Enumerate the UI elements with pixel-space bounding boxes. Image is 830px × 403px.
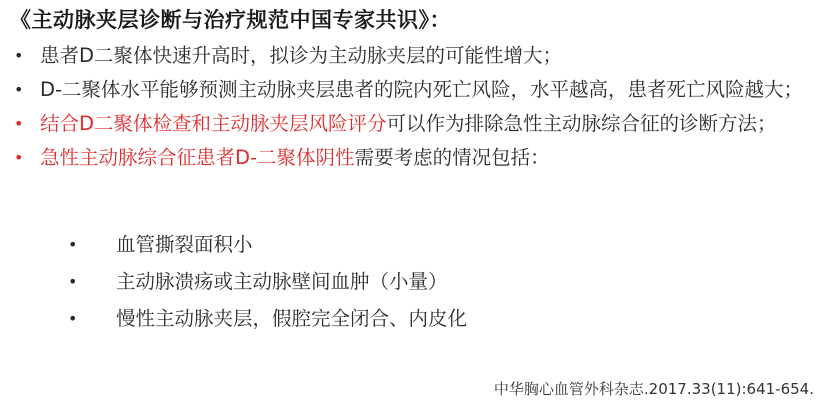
bullet-list: • 患者D二聚体快速升高时，拟诊为主动脉夹层的可能性增大； • D-二聚体水平能… [14, 40, 824, 176]
bullet-dot-icon: • [14, 40, 40, 72]
normal-text: 需要考虑的情况包括： [355, 146, 550, 169]
sub-bullet-list: • 血管撕裂面积小 • 主动脉溃疡或主动脉壁间血肿（小量） • 慢性主动脉夹层，… [68, 229, 467, 340]
bullet-text: 急性主动脉综合征患者D-二聚体阴性需要考虑的情况包括： [40, 142, 824, 174]
highlight-text: 急性主动脉综合征患者D-二聚体阴性 [40, 146, 355, 169]
bullet-dot-icon: • [14, 142, 40, 174]
bullet-item: • 患者D二聚体快速升高时，拟诊为主动脉夹层的可能性增大； [14, 40, 824, 72]
bullet-dot-icon: • [14, 74, 40, 106]
sub-bullet-item: • 血管撕裂面积小 [68, 229, 467, 261]
highlight-text: 结合D二聚体检查和主动脉夹层风险评分 [40, 112, 387, 135]
bullet-dot-icon: • [68, 266, 116, 298]
bullet-item: • D-二聚体水平能够预测主动脉夹层患者的院内死亡风险，水平越高，患者死亡风险越… [14, 74, 824, 106]
citation: 中华胸心血管外科杂志.2017.33(11):641-654. [494, 378, 814, 399]
bullet-dot-icon: • [68, 229, 116, 261]
bullet-text: 结合D二聚体检查和主动脉夹层风险评分可以作为排除急性主动脉综合征的诊断方法； [40, 108, 824, 140]
bullet-text: D-二聚体水平能够预测主动脉夹层患者的院内死亡风险，水平越高，患者死亡风险越大； [40, 74, 824, 106]
bullet-dot-icon: • [14, 108, 40, 140]
bullet-dot-icon: • [68, 303, 116, 335]
slide-title: 《主动脉夹层诊断与治疗规范中国专家共识》： [10, 4, 451, 34]
bullet-text: 患者D二聚体快速升高时，拟诊为主动脉夹层的可能性增大； [40, 40, 824, 72]
bullet-item: • 结合D二聚体检查和主动脉夹层风险评分可以作为排除急性主动脉综合征的诊断方法； [14, 108, 824, 140]
sub-bullet-item: • 慢性主动脉夹层，假腔完全闭合、内皮化 [68, 303, 467, 335]
sub-bullet-text: 慢性主动脉夹层，假腔完全闭合、内皮化 [116, 303, 467, 335]
bullet-item: • 急性主动脉综合征患者D-二聚体阴性需要考虑的情况包括： [14, 142, 824, 174]
sub-bullet-text: 主动脉溃疡或主动脉壁间血肿（小量） [116, 266, 467, 298]
normal-text: 可以作为排除急性主动脉综合征的诊断方法； [387, 112, 777, 135]
sub-bullet-item: • 主动脉溃疡或主动脉壁间血肿（小量） [68, 266, 467, 298]
sub-bullet-text: 血管撕裂面积小 [116, 229, 467, 261]
